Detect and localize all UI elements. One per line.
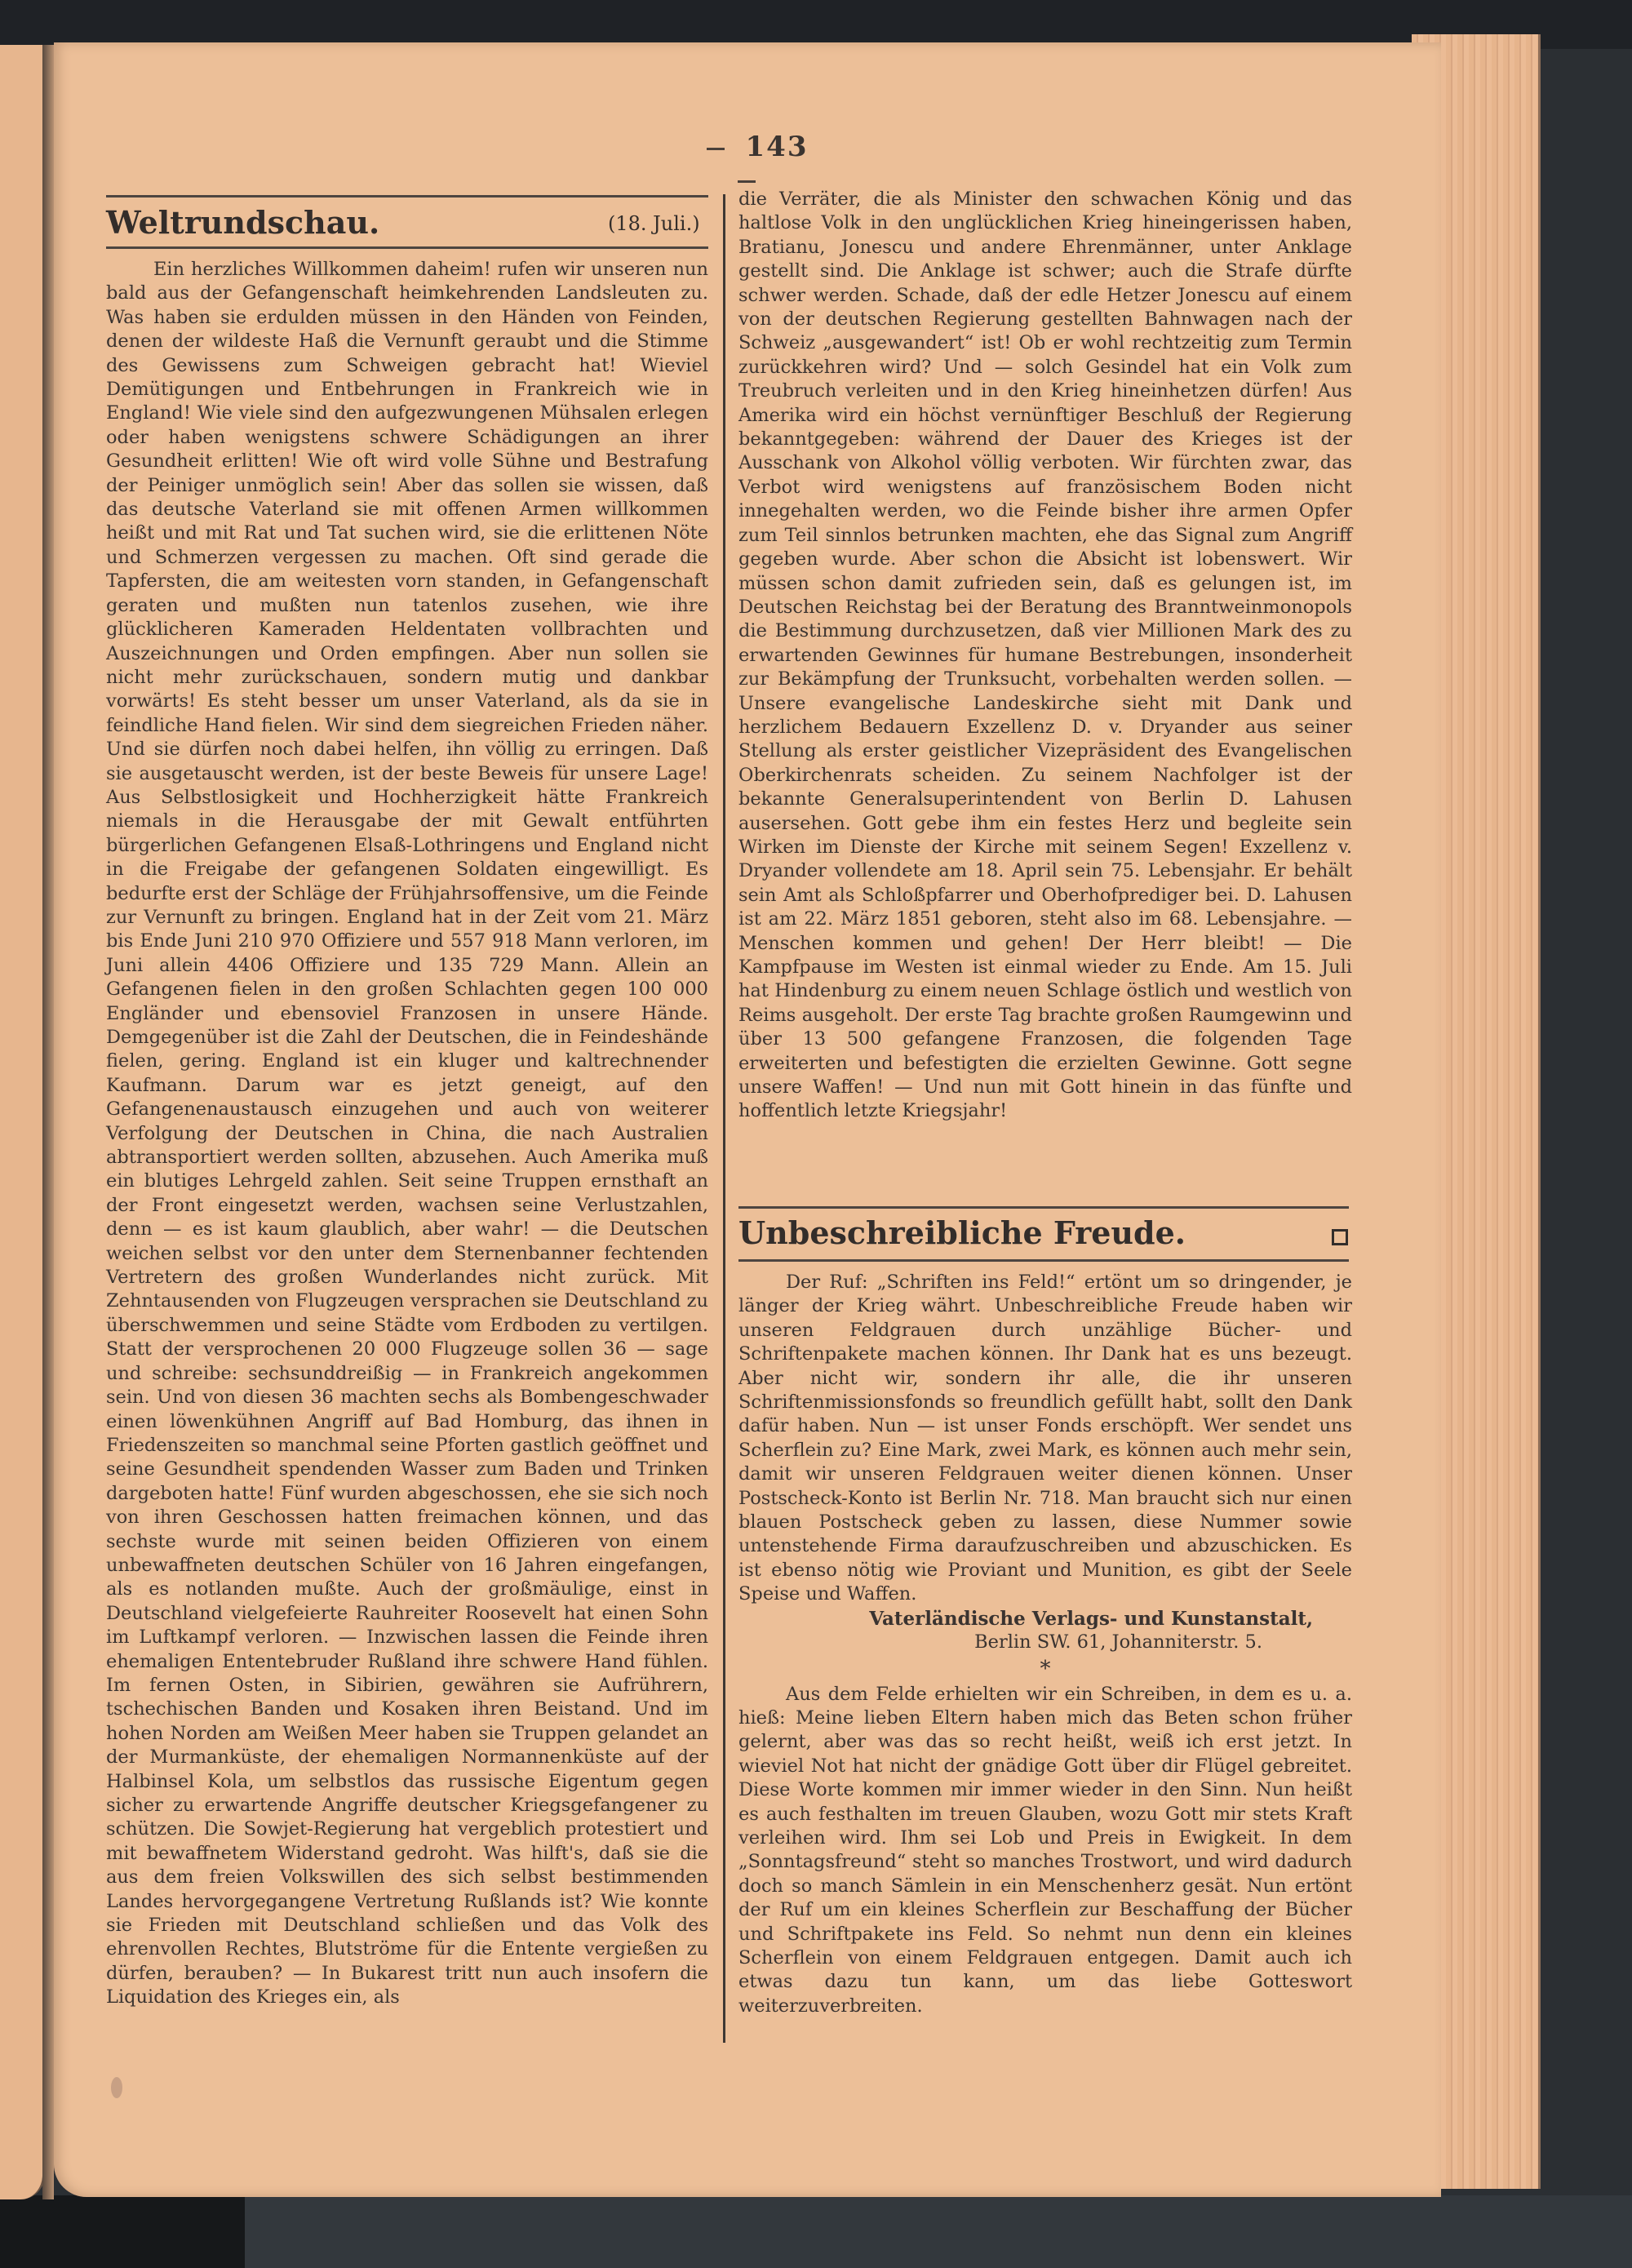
square-box-icon [1332,1229,1348,1245]
article2-column: Der Ruf: „Schriften ins Feld!“ ertönt um… [738,1271,1352,2018]
article1-column-left: Ein herzliches Willkommen daheim! rufen … [106,258,708,2010]
heading-rule-top [106,195,708,198]
heading-rule-bottom [106,246,708,249]
dash-left [707,148,725,150]
asterisk-separator: * [738,1655,1352,1683]
paper-stain [111,2077,122,2098]
article2-paragraph-1: Der Ruf: „Schriften ins Feld!“ ertönt um… [738,1271,1352,1607]
article2-rule-bottom [738,1259,1349,1262]
book-cover-corner [0,2195,245,2268]
publisher-address: Berlin SW. 61, Johanniterstr. 5. [738,1631,1352,1654]
book-cover-top [0,0,1632,49]
dash-right [738,180,756,183]
article-title-weltrundschau: Weltrundschau. [106,204,379,241]
article1-column-right: die Verräter, die als Minister den schwa… [738,188,1352,1124]
article1-body-left: Ein herzliches Willkommen daheim! rufen … [106,258,708,2010]
article2-paragraph-2: Aus dem Felde erhielten wir ein Schreibe… [738,1683,1352,2019]
article2-rule-top [738,1206,1349,1209]
article-title-unbeschreibliche-freude: Unbeschreibliche Freude. [738,1214,1186,1251]
article-date: (18. Juli.) [608,212,700,235]
previous-page-edge [0,45,45,2199]
page-number: 143 [665,131,828,196]
publisher-signature: Vaterländische Verlags- und Kunstanstalt… [738,1607,1352,1631]
column-divider [723,194,725,2043]
article1-body-right: die Verräter, die als Minister den schwa… [738,188,1352,1124]
book-cover-bottom [245,2195,1632,2268]
page-number-value: 143 [746,131,809,163]
book-gutter [42,45,54,2199]
